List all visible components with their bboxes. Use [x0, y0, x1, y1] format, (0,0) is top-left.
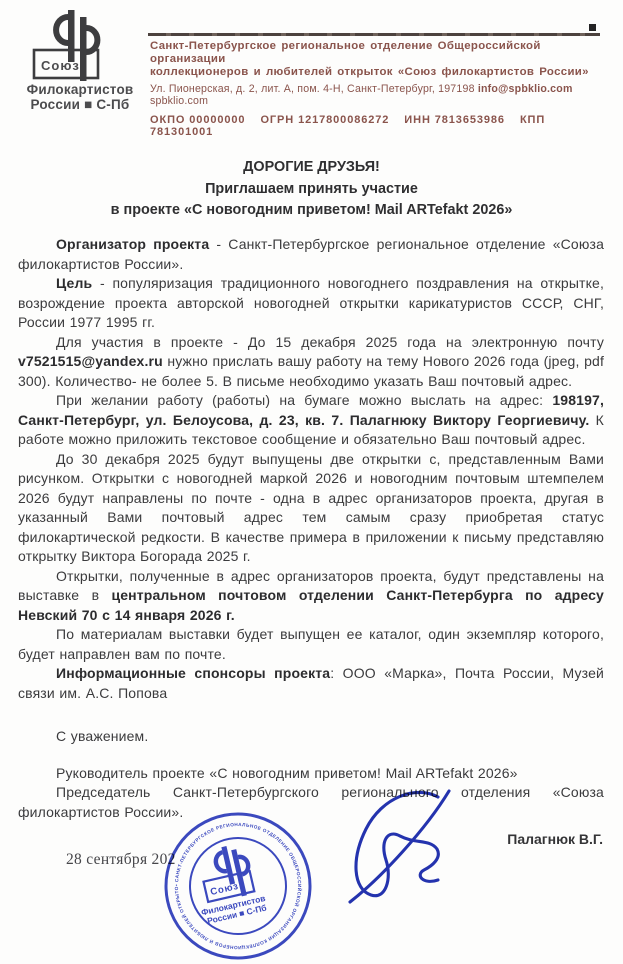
org-name-line2-bold: «Союз филокартистов России» [398, 66, 589, 78]
org-name-line2: коллекционеров и любителей открыток «Сою… [150, 66, 612, 79]
logo-line-russia-spb: России ■ С-Пб [12, 98, 148, 113]
org-name-line1: Санкт-Петербургское региональное отделен… [150, 40, 612, 66]
org-email: info@spbklio.com [478, 83, 573, 95]
org-address: Ул. Пионерская, д. 2, лит. А, пом. 4-Н, … [150, 83, 478, 95]
paragraph-postal-address: При желании работу (работы) на бумаге мо… [18, 391, 604, 450]
paragraph-postcards-issue: До 30 декабря 2025 будут выпущены две от… [18, 450, 604, 567]
union-philocartists-logo: Союз Филокартистов России ■ С-Пб [12, 8, 148, 112]
paragraph-regards: С уважением. [18, 727, 604, 747]
paragraph-participation-text1: Для участия в проекте - До 15 декабря 20… [56, 334, 604, 350]
signer-name: Палагнюк В.Г. [507, 831, 603, 847]
letterhead-org-block: Санкт-Петербургское региональное отделен… [150, 40, 612, 138]
paragraph-sponsors: Информационные спонсоры проекта: ООО «Ма… [18, 664, 604, 703]
paragraph-goal-lead: Цель [56, 275, 92, 291]
paragraph-role-project-lead: Руководитель проекте «С новогодним приве… [18, 764, 604, 784]
paragraph-participation: Для участия в проекте - До 15 декабря 20… [18, 333, 604, 392]
paragraph-sponsors-lead: Информационные спонсоры проекта [56, 665, 330, 681]
letterhead-rule [148, 33, 600, 36]
org-registry-line: ОКПО 00000000ОГРН 1217800086272ИНН 78136… [150, 114, 612, 138]
paragraph-catalog: По материалам выставки будет выпущен ее … [18, 625, 604, 664]
letter-body: Организатор проекта - Санкт-Петербургско… [18, 235, 604, 822]
scanned-letter-page: Союз Филокартистов России ■ С-Пб Санкт-П… [0, 0, 623, 964]
paragraph-exhibition: Открытки, полученные в адрес организатор… [18, 567, 604, 626]
org-website: spbklio.com [150, 95, 208, 107]
title-line-project: в проекте «С новогодним приветом! Mail A… [0, 200, 623, 222]
org-ogrn: ОГРН 1217800086272 [260, 114, 389, 126]
paragraph-participation-email: v7521515@yandex.ru [18, 353, 163, 369]
paragraph-organizer: Организатор проекта - Санкт-Петербургско… [18, 235, 604, 274]
logo-card-word: Союз [41, 58, 80, 73]
letter-date: 28 сентября 202 [66, 851, 176, 869]
org-inn: ИНН 7813653986 [404, 114, 505, 126]
title-line-dear-friends: ДОРОГИЕ ДРУЗЬЯ! [0, 157, 623, 179]
org-okpo: ОКПО 00000000 [150, 114, 245, 126]
paragraph-catalog-text: По материалам выставки будет выпущен ее … [18, 626, 604, 662]
title-line-invitation: Приглашаем принять участие [0, 179, 623, 201]
logo-line-philocartists: Филокартистов [12, 83, 148, 98]
round-stamp: • САНКТ-ПЕТЕРБУРГСКОЕ РЕГИОНАЛЬНОЕ ОТДЕЛ… [161, 809, 315, 963]
org-address-line: Ул. Пионерская, д. 2, лит. А, пом. 4-Н, … [150, 83, 612, 107]
letter-title-block: ДОРОГИЕ ДРУЗЬЯ! Приглашаем принять участ… [0, 157, 623, 222]
paragraph-goal: Цель - популяризация традиционного новог… [18, 274, 604, 333]
signature-scribble [320, 781, 472, 915]
fr-monogram-icon: Союз [20, 8, 140, 83]
org-name-line2-prefix: коллекционеров и любителей открыток [150, 66, 398, 78]
paragraph-postal-text1: При желании работу (работы) на бумаге мо… [56, 392, 552, 408]
paragraph-goal-text: - популяризация традиционного новогоднег… [18, 275, 604, 330]
paragraph-organizer-lead: Организатор проекта [56, 236, 209, 252]
paragraph-postcards-issue-text: До 30 декабря 2025 будут выпущены две от… [18, 451, 604, 565]
letterhead-corner-square [589, 24, 596, 31]
